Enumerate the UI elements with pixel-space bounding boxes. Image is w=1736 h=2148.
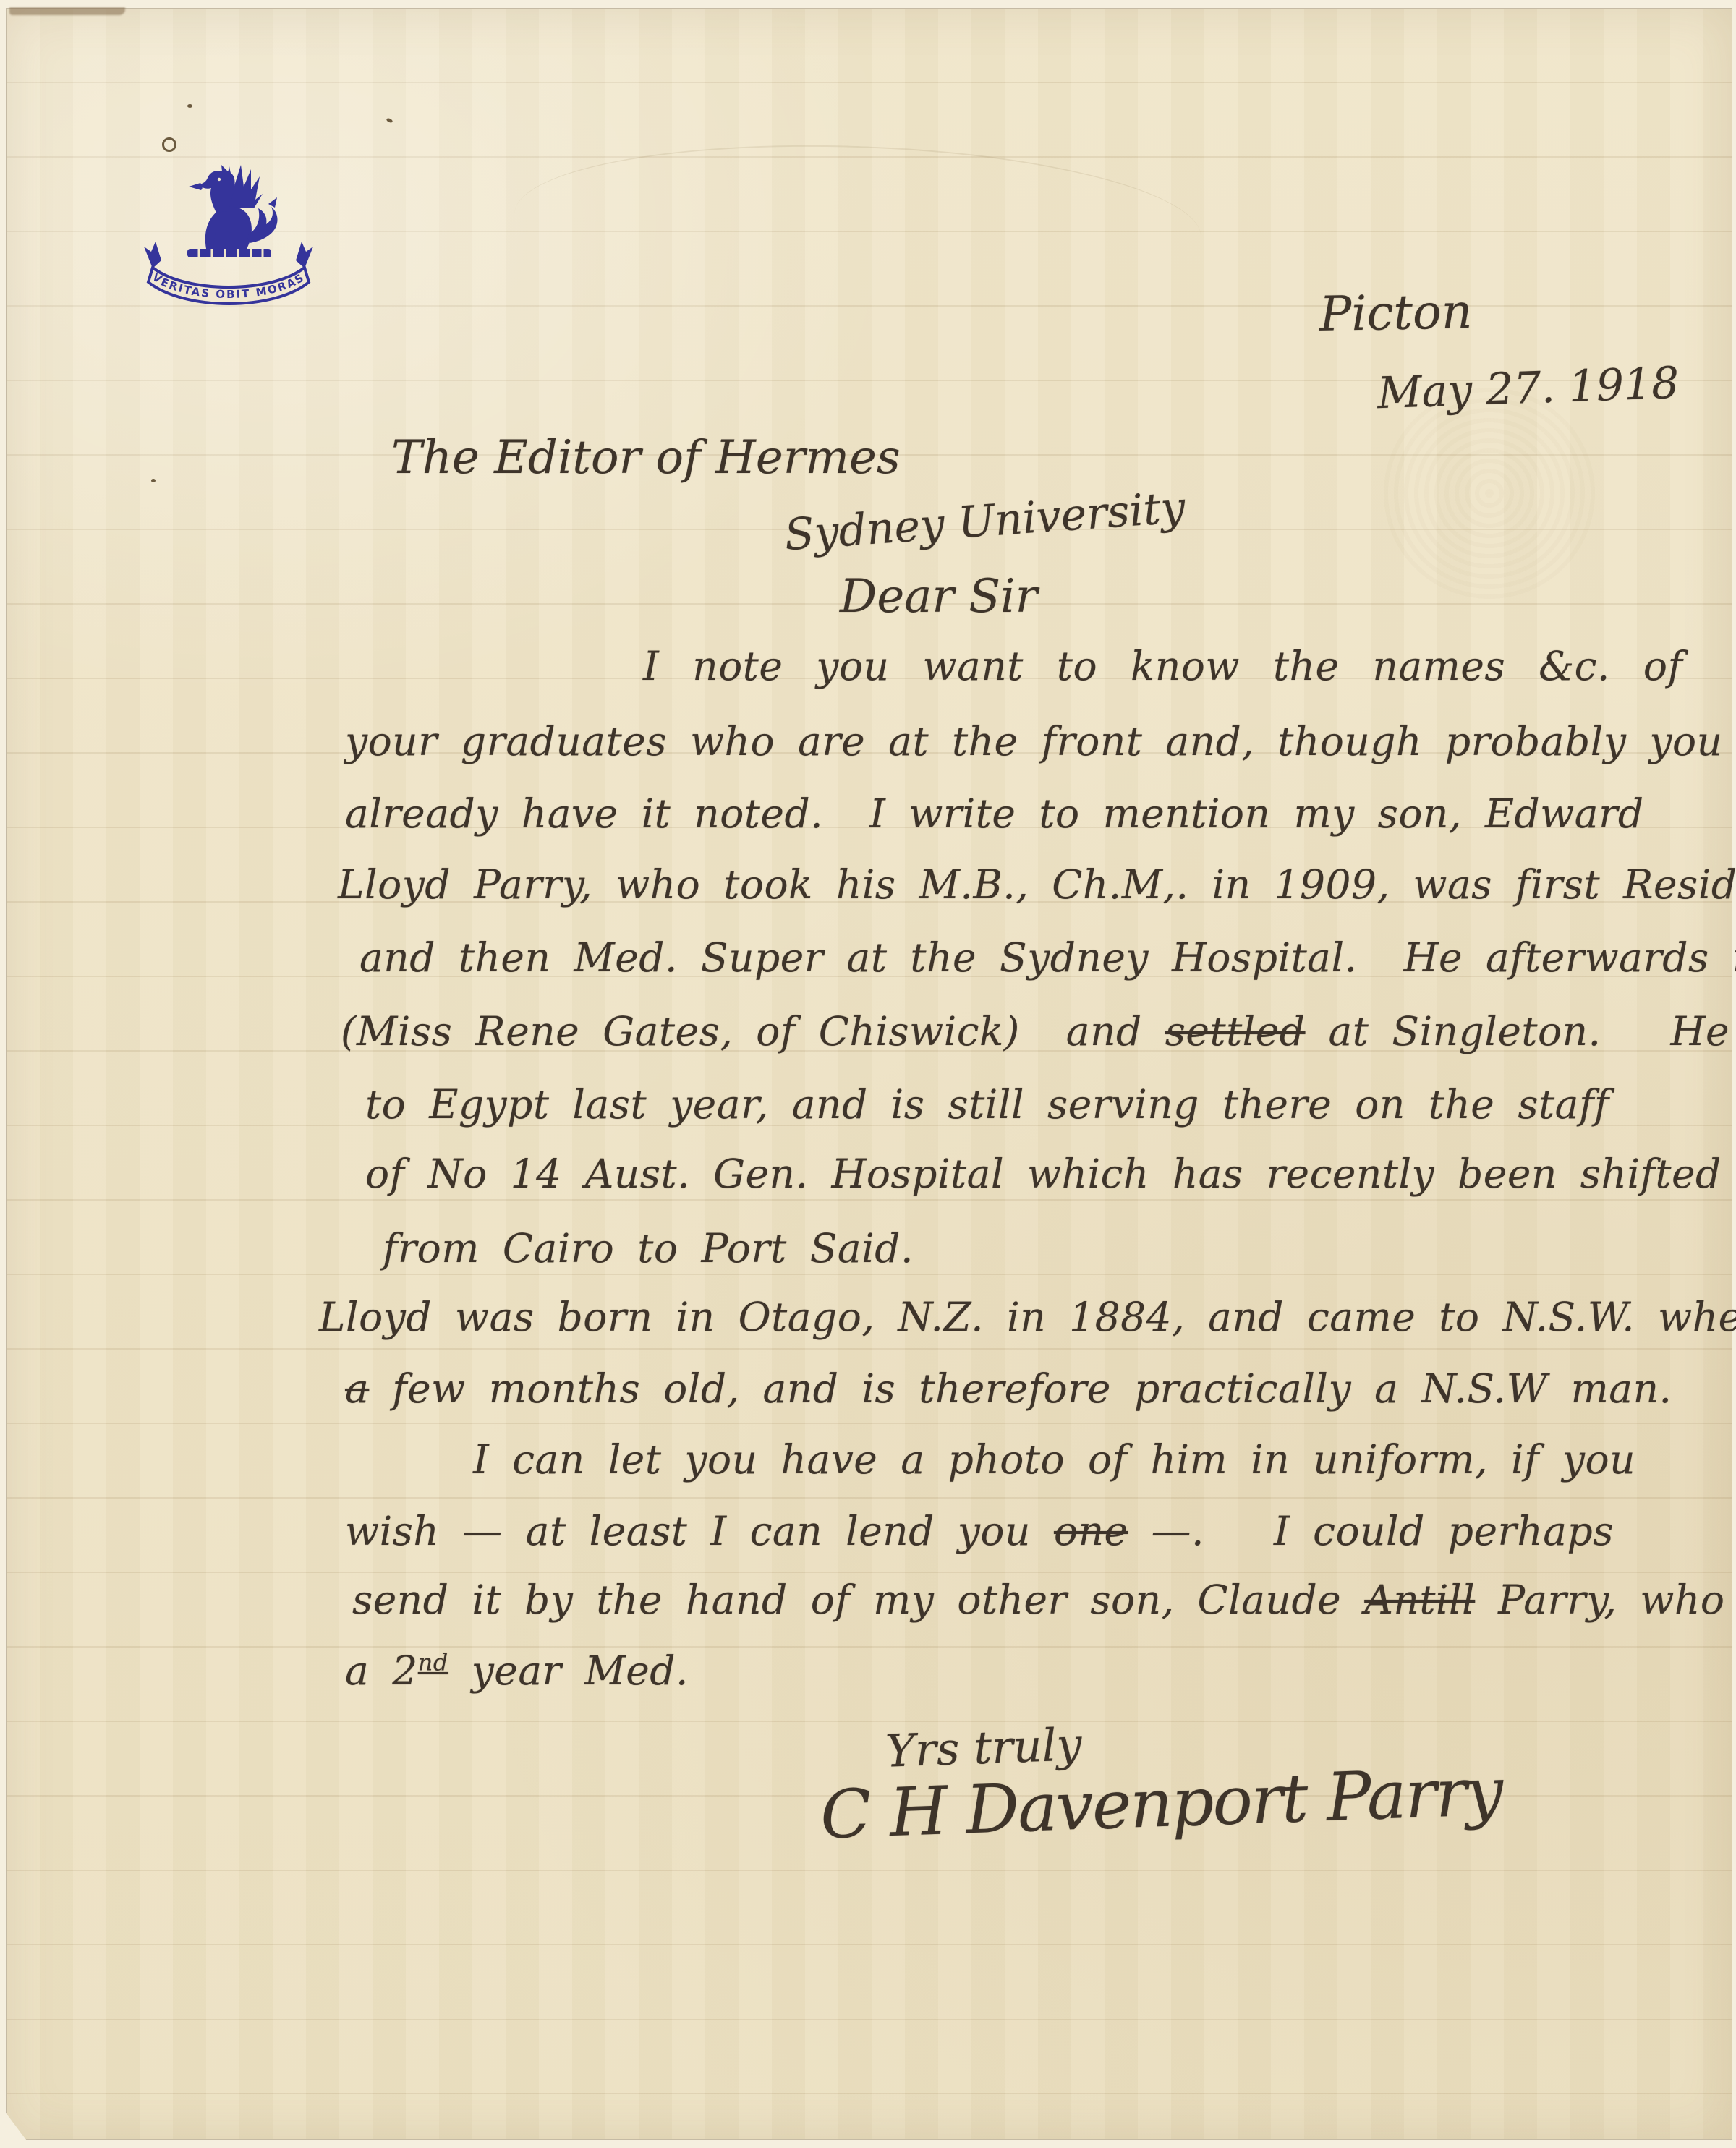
body-line-10: Lloyd was born in Otago, N.Z. in 1884, a… [319,1297,1736,1337]
body-line-4: Lloyd Parry, who took his M.B., Ch.M,. i… [338,865,1736,905]
letter-date: May 27. 1918 [1377,358,1680,419]
body-line-1: I note you want to know the names &c. of [643,647,1682,686]
body-line-9: from Cairo to Port Said. [383,1229,914,1269]
letter-paper: VERITAS OBIT MORAS Picton May 27. 1918 T… [7,9,1732,2139]
body-line-2: your graduates who are at the front and,… [345,722,1723,762]
body-line-13-post: —. I could perhaps [1128,1508,1614,1554]
griffin-eye [218,178,221,181]
body-line-11-post: few months old, and is therefore practic… [369,1365,1672,1412]
body-line-15-post: year Med. [448,1648,689,1694]
body-line-11-struck-word: a [345,1365,369,1412]
body-line-12: I can let you have a photo of him in uni… [473,1440,1635,1480]
paper-speck [187,104,192,108]
body-line-6-post: at Singleton. He went [1306,1008,1736,1054]
body-line-14: send it by the hand of my other son, Cla… [352,1580,1736,1620]
griffin-figure [187,165,278,257]
body-line-13-struck-word: one [1054,1508,1128,1554]
ribbon-end-left [144,242,161,268]
ribbon-end-right [296,242,313,268]
griffin-beak [189,183,203,190]
letter-scan: VERITAS OBIT MORAS Picton May 27. 1918 T… [0,0,1736,2148]
paper-crease [509,135,1204,391]
body-line-6: (Miss Rene Gates, of Chiswick) and settl… [341,1012,1736,1052]
recipient-line-2: Sydney University [783,482,1187,561]
body-line-6-struck-word: settled [1165,1008,1306,1054]
paper-corner-cut [5,2112,27,2141]
paper-speck [386,117,393,123]
body-line-11: a few months old, and is therefore pract… [345,1369,1672,1409]
body-line-13: wish — at least I can lend you one —. I … [345,1512,1614,1551]
griffin-crest-icon: VERITAS OBIT MORAS [141,162,315,317]
body-line-5: and then Med. Super at the Sydney Hospit… [359,938,1736,978]
body-line-14-struck-word: Antill [1364,1577,1475,1623]
body-line-15-pre: a 2 [345,1648,418,1694]
body-line-6-pre: (Miss Rene Gates, of Chiswick) and [341,1008,1165,1054]
body-line-14-pre: send it by the hand of my other son, Cla… [352,1577,1364,1623]
paper-edge-smudge [9,7,125,15]
body-line-13-pre: wish — at least I can lend you [345,1508,1054,1554]
body-line-15: a 2nd year Med. [345,1651,689,1691]
body-line-15-ordinal: nd [418,1649,448,1676]
body-line-14-post: Parry, who is [1475,1577,1736,1623]
paper-speck [151,479,156,482]
letter-place: Picton [1319,284,1473,342]
body-line-3: already have it noted. I write to mentio… [345,794,1644,834]
recipient-line-1: The Editor of Hermes [391,431,901,485]
griffin-tail-tuft [268,197,277,208]
body-line-8: of No 14 Aust. Gen. Hospital which has r… [365,1154,1722,1194]
body-line-7: to Egypt last year, and is still serving… [365,1085,1609,1125]
salutation: Dear Sir [840,570,1037,623]
paper-speck [162,137,176,152]
